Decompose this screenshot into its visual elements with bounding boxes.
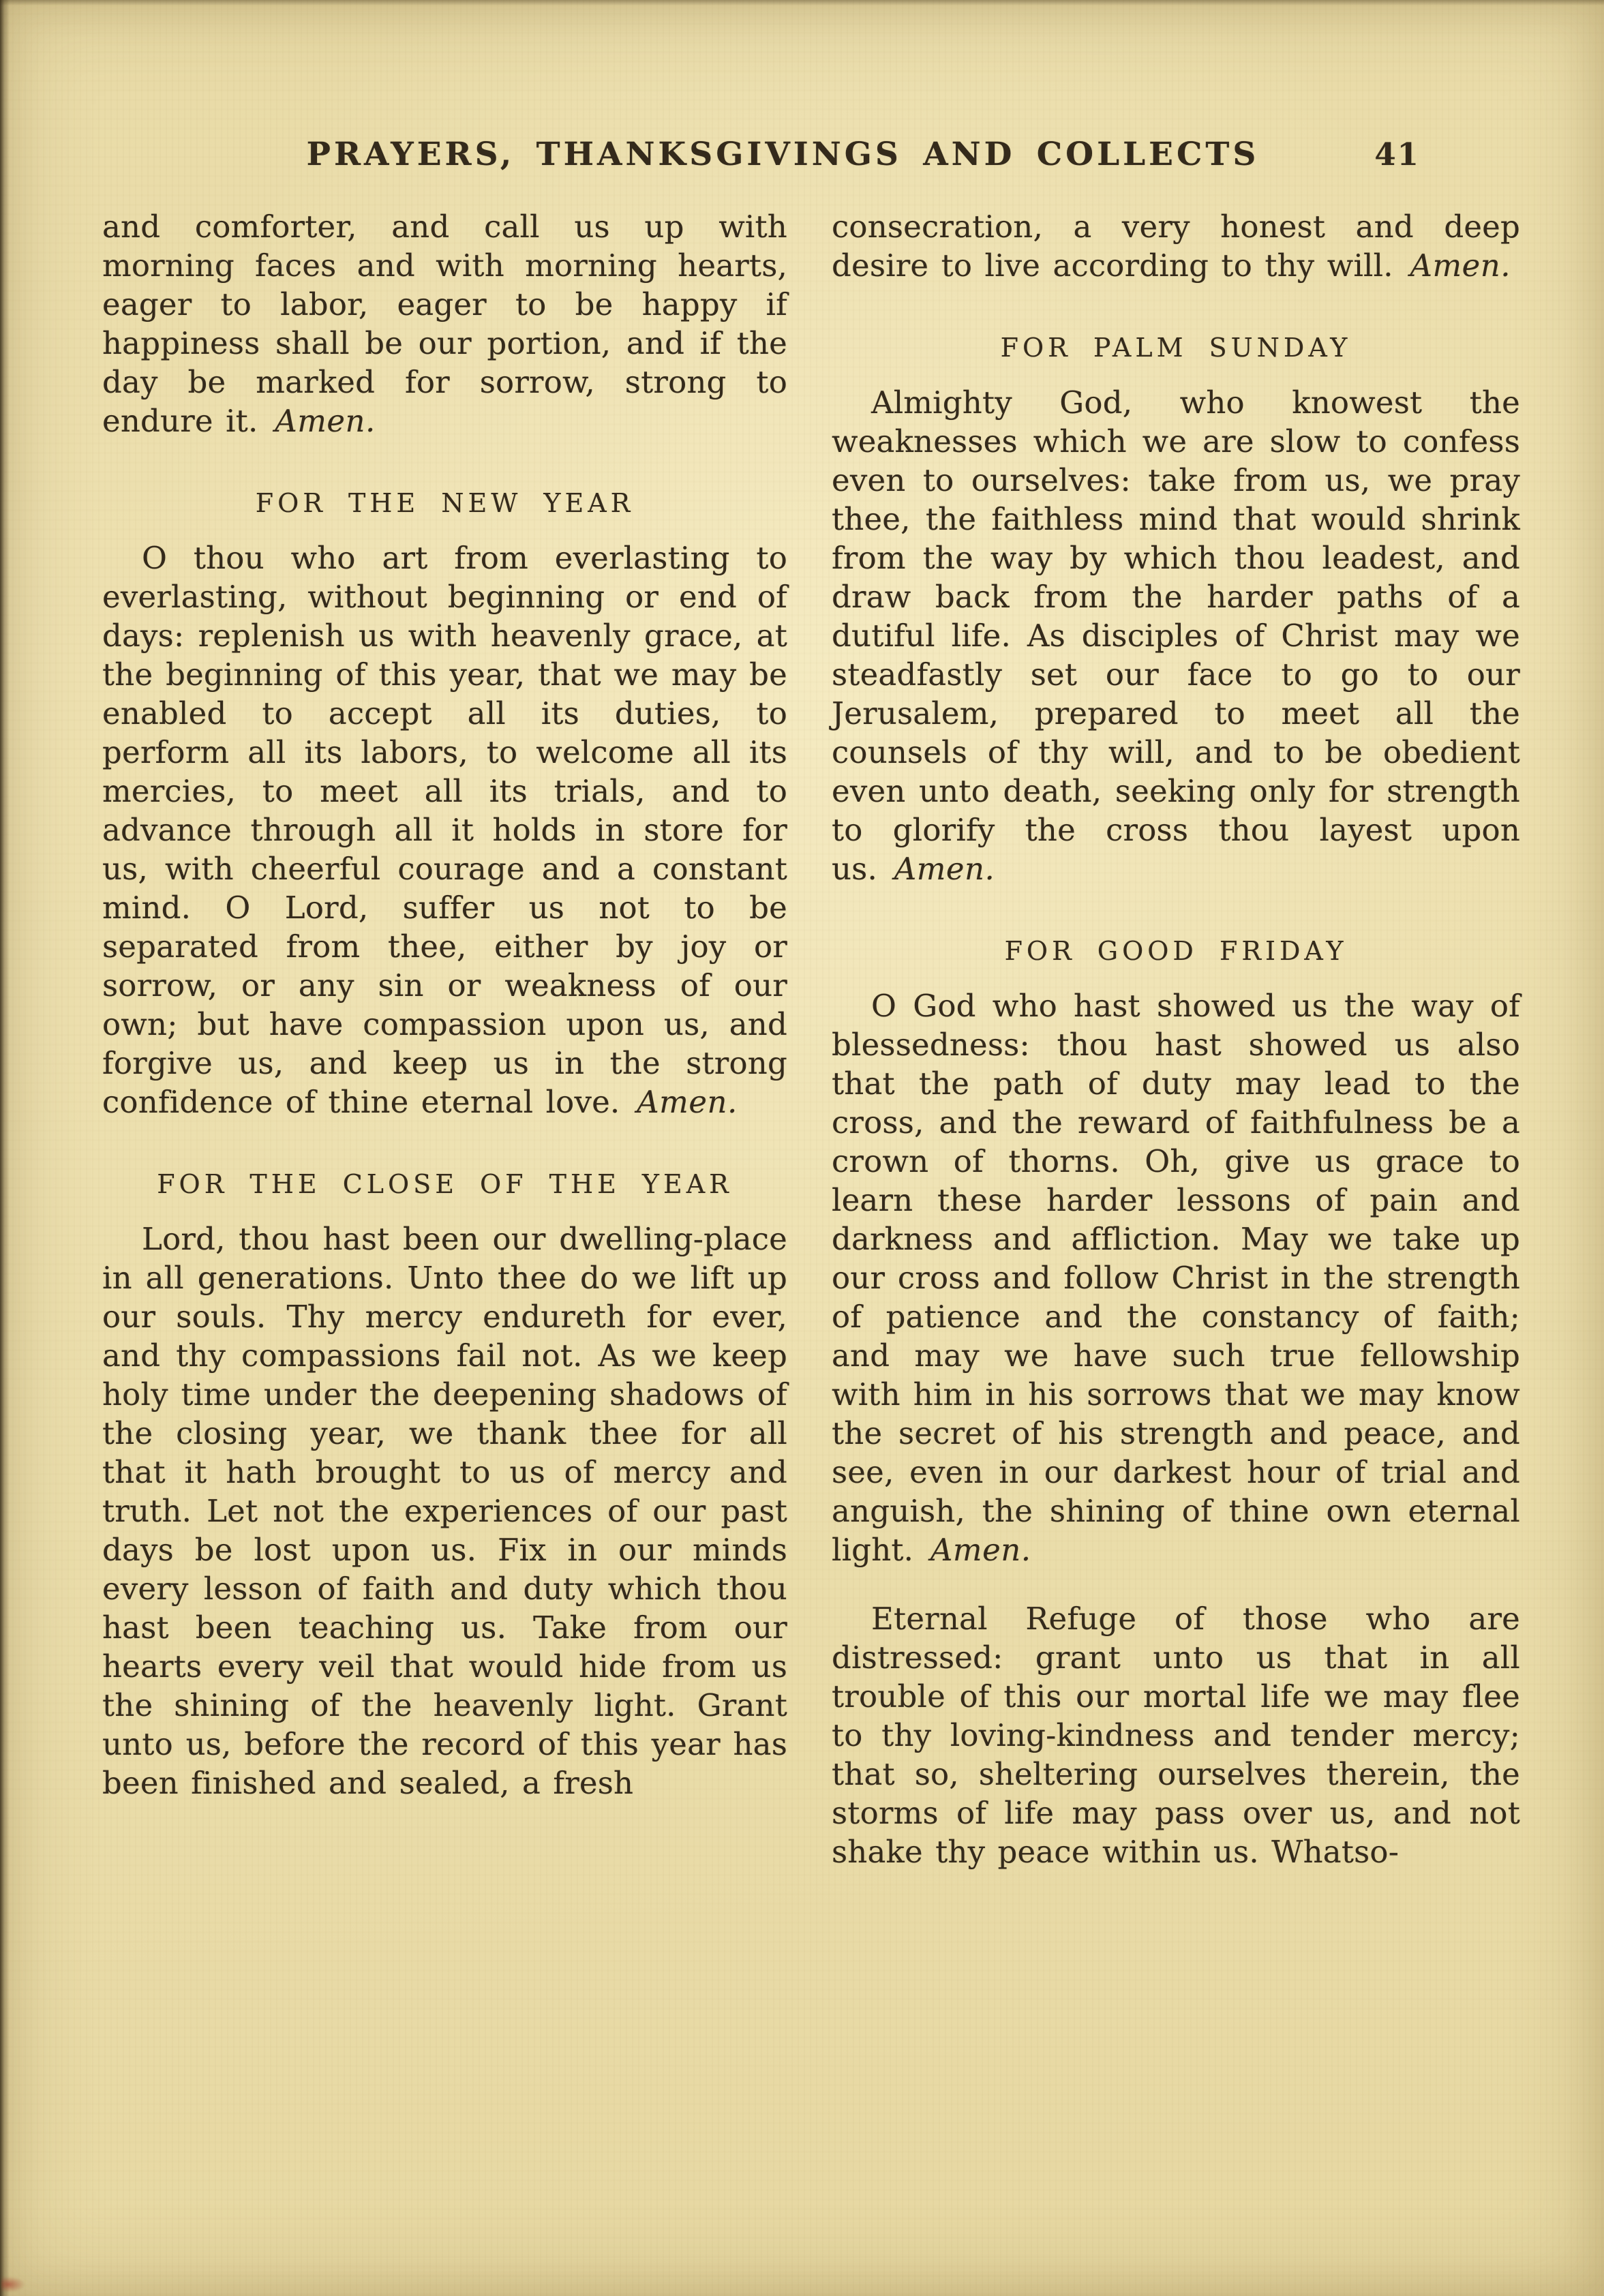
right-column: consecration, a very honest and deep des… bbox=[832, 207, 1520, 1871]
paragraph-text: Almighty God, who knowest the weaknesses… bbox=[832, 384, 1520, 887]
page-header: PRAYERS, THANKSGIVINGS AND COLLECTS 41 bbox=[102, 0, 1502, 173]
paragraph-text: Eternal Refuge of those who are distress… bbox=[832, 1601, 1520, 1870]
amen-text: Amen. bbox=[894, 851, 995, 887]
section-heading-good-friday: FOR GOOD FRIDAY bbox=[832, 933, 1520, 969]
left-column: and comforter, and call us up with morni… bbox=[102, 207, 787, 1871]
paragraph-consecration: consecration, a very honest and deep des… bbox=[832, 207, 1520, 285]
amen-text: Amen. bbox=[930, 1532, 1031, 1568]
paragraph-text: O thou who art from everlasting to everl… bbox=[102, 540, 787, 1120]
scanned-book-page: PRAYERS, THANKSGIVINGS AND COLLECTS 41 a… bbox=[0, 0, 1604, 2296]
paragraph-palm-sunday: Almighty God, who knowest the weaknesses… bbox=[832, 383, 1520, 888]
paragraph-new-year: O thou who art from everlasting to everl… bbox=[102, 539, 787, 1121]
text-columns: and comforter, and call us up with morni… bbox=[102, 207, 1520, 1871]
paragraph-text: O God who hast showed us the way of bles… bbox=[832, 988, 1520, 1568]
paragraph-eternal-refuge: Eternal Refuge of those who are distress… bbox=[832, 1599, 1520, 1871]
paragraph-text: Lord, thou hast been our dwelling-place … bbox=[102, 1221, 787, 1801]
scan-top-edge-shadow bbox=[0, 0, 1604, 5]
section-heading-new-year: FOR THE NEW YEAR bbox=[102, 485, 787, 521]
scan-artifact bbox=[1, 2277, 25, 2292]
section-heading-palm-sunday: FOR PALM SUNDAY bbox=[832, 330, 1520, 365]
page-number: 41 bbox=[1374, 136, 1420, 172]
section-heading-close-of-year: FOR THE CLOSE OF THE YEAR bbox=[102, 1166, 787, 1202]
paragraph-comforter: and comforter, and call us up with morni… bbox=[102, 207, 787, 440]
amen-text: Amen. bbox=[1410, 247, 1511, 284]
scan-left-edge-shadow bbox=[0, 0, 10, 2296]
amen-text: Amen. bbox=[637, 1084, 738, 1120]
amen-text: Amen. bbox=[275, 403, 376, 439]
page-title: PRAYERS, THANKSGIVINGS AND COLLECTS bbox=[307, 136, 1260, 173]
paragraph-text: and comforter, and call us up with morni… bbox=[102, 209, 787, 439]
paragraph-close-of-year: Lord, thou hast been our dwelling-place … bbox=[102, 1220, 787, 1802]
paragraph-good-friday: O God who hast showed us the way of bles… bbox=[832, 986, 1520, 1569]
